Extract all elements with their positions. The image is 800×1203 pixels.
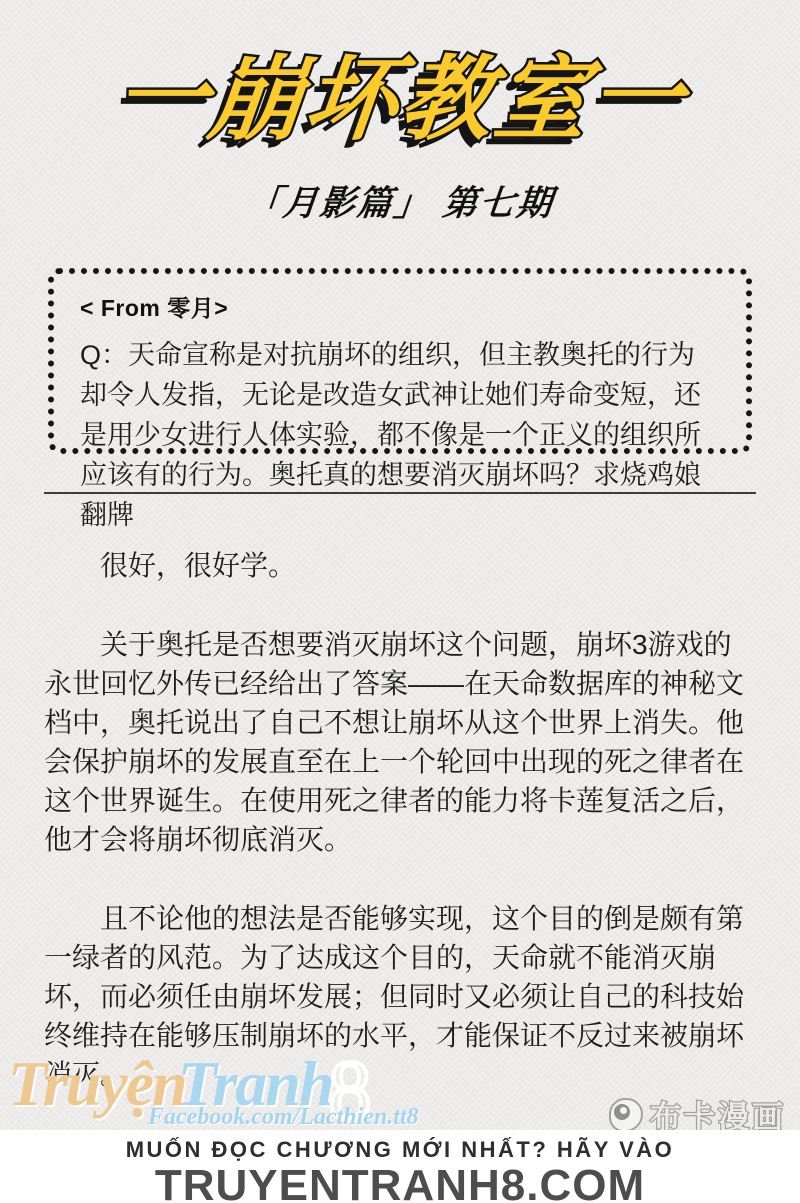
page-header: 一崩坏教室一 「月影篇」 第七期 xyxy=(0,40,800,226)
divider-line xyxy=(44,492,756,494)
question-text: Q：天命宣称是对抗崩坏的组织，但主教奥托的行为却令人发指，无论是改造女武神让她们… xyxy=(80,335,720,535)
answer-paragraph: 关于奥托是否想要消灭崩坏这个问题，崩坏3游戏的永世回忆外传已经给出了答案——在天… xyxy=(44,625,756,859)
facebook-watermark-text: Facebook.com/Lacthien.tt8 xyxy=(148,1104,419,1131)
question-from-label: < From 零月> xyxy=(80,290,720,323)
page-subtitle: 「月影篇」 第七期 xyxy=(0,176,800,226)
truyentranh-watermark: TruyệnTranh8 Facebook.com/Lacthien.tt8 xyxy=(8,1052,419,1131)
answer-body: 很好，很好学。 关于奥托是否想要消灭崩坏这个问题，崩坏3游戏的永世回忆外传已经给… xyxy=(44,546,756,1094)
page-title: 一崩坏教室一 xyxy=(0,40,800,160)
footer-site-url: TRUYENTRANH8.COM xyxy=(0,1164,800,1203)
footer-strip: MUỐN ĐỌC CHƯƠNG MỚI NHẤT? HÃY VÀO TRUYEN… xyxy=(0,1130,800,1203)
answer-paragraph: 很好，很好学。 xyxy=(44,546,756,585)
footer-caption: MUỐN ĐỌC CHƯƠNG MỚI NHẤT? HÃY VÀO xyxy=(0,1137,800,1163)
buka-logo-icon xyxy=(609,1098,643,1132)
comic-page: 一崩坏教室一 「月影篇」 第七期 < From 零月> Q：天命宣称是对抗崩坏的… xyxy=(0,0,800,1203)
question-box: < From 零月> Q：天命宣称是对抗崩坏的组织，但主教奥托的行为却令人发指，… xyxy=(48,268,752,454)
